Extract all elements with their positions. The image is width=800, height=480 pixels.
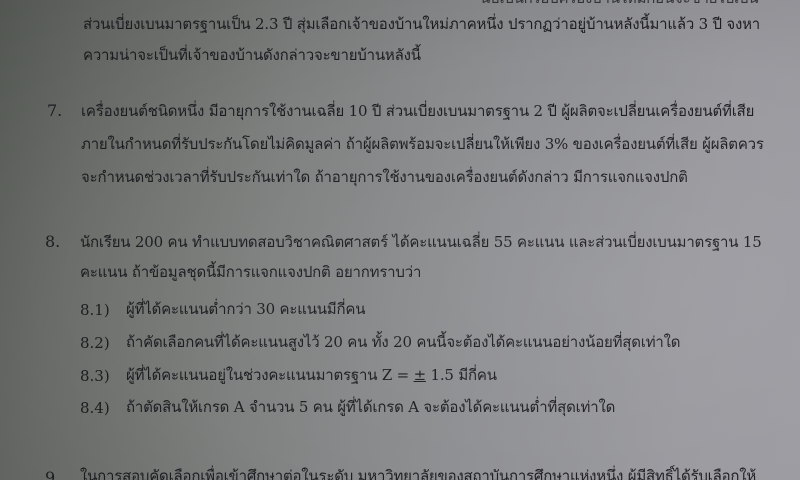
q8-1-number: 8.1): [80, 300, 110, 320]
q8-3-text-before: ผู้ที่ได้คะแนนอยู่ในช่วงคะแนนมาตรฐาน Z =: [126, 366, 414, 384]
q8-line-1: นักเรียน 200 คน ทำแบบทดสอบวิชาคณิตศาสตร์…: [80, 232, 762, 252]
q8-line-2: คะแนน ถ้าข้อมูลชุดนี้มีการแจกแจงปกติ อยา…: [80, 262, 421, 282]
q8-1-text: ผู้ที่ได้คะแนนต่ำกว่า 30 คะแนนมีกี่คน: [126, 299, 365, 319]
q8-3-text-after: 1.5 มีกี่คน: [426, 366, 497, 384]
q8-number: 8.: [45, 232, 60, 252]
q6-partial-top-line: นับเป็นกรอบครองบ้านใหม่ก่อนจะขายไปเป็น: [480, 0, 758, 8]
q8-2-number: 8.2): [80, 333, 110, 353]
q6-line-1: ส่วนเบี่ยงเบนมาตรฐานเป็น 2.3 ปี สุ่มเลือ…: [83, 14, 760, 34]
q8-3-text: ผู้ที่ได้คะแนนอยู่ในช่วงคะแนนมาตรฐาน Z =…: [126, 365, 497, 385]
q9-line-1: ในการสอบคัดเลือกเพื่อเข้าศึกษาต่อในระดับ…: [80, 466, 756, 480]
exam-sheet: นับเป็นกรอบครองบ้านใหม่ก่อนจะขายไปเป็น ส…: [0, 0, 800, 480]
q7-line-3: จะกำหนดช่วงเวลาที่รับประกันเท่าใด ถ้าอาย…: [81, 167, 688, 187]
plus-minus-symbol: ±: [414, 366, 426, 384]
q7-line-1: เครื่องยนต์ชนิดหนึ่ง มีอายุการใช้งานเฉลี…: [81, 101, 754, 121]
q8-3-number: 8.3): [80, 366, 110, 386]
q9-number: 9.: [45, 468, 60, 480]
q8-4-number: 8.4): [80, 398, 110, 418]
q6-line-2: ความน่าจะเป็นที่เจ้าของบ้านดังกล่าวจะขาย…: [83, 45, 421, 65]
q7-number: 7.: [47, 101, 62, 121]
q8-4-text: ถ้าตัดสินให้เกรด A จำนวน 5 คน ผู้ที่ได้เ…: [126, 397, 615, 417]
q8-2-text: ถ้าคัดเลือกคนที่ได้คะแนนสูงไว้ 20 คน ทั้…: [126, 332, 680, 352]
q7-line-2: ภายในกำหนดที่รับประกันโดยไม่คิดมูลค่า ถ้…: [81, 134, 764, 154]
